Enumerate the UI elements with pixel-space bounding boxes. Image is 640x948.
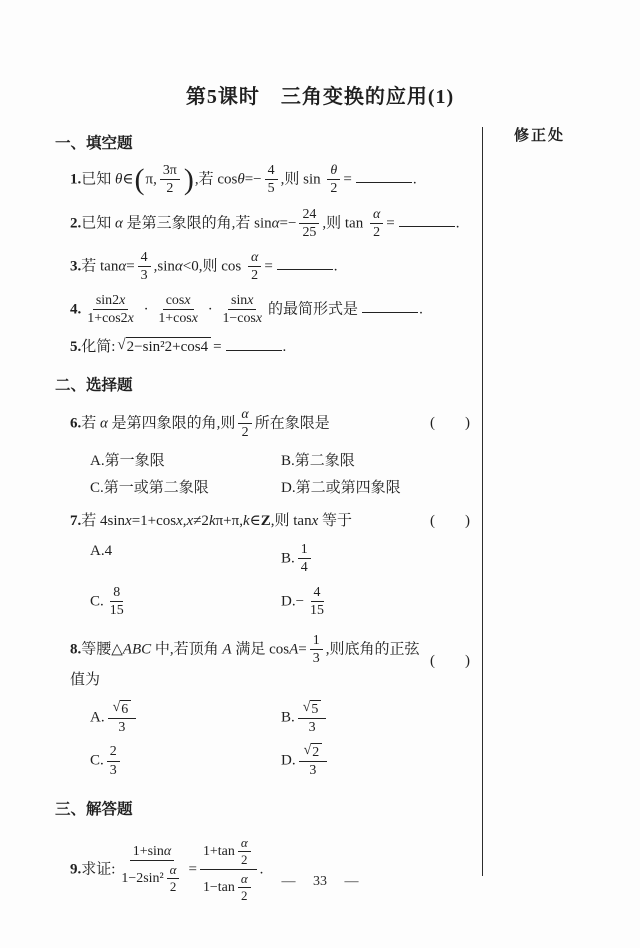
question-6-text: 6.若 α 是第四象限的角,则α2所在象限是 — [70, 405, 330, 443]
worksheet-page: 第5课时 三角变换的应用(1) 修正处 一、填空题 1.已知 θ∈(π,3π2)… — [0, 0, 640, 948]
fill-blank-question-list: 1.已知 θ∈(π,3π2),若 cosθ=−45,则 sin θ2=. 2.已… — [55, 161, 630, 359]
question-7-option-d: D.−415 — [281, 583, 470, 621]
section-heading-choice: 二、选择题 — [55, 373, 630, 395]
question-1: 1.已知 θ∈(π,3π2),若 cosθ=−45,则 sin θ2=. — [70, 161, 630, 199]
question-7-answer-parentheses: ( ) — [430, 510, 470, 533]
question-7-option-c: C.815 — [90, 583, 281, 621]
question-5: 5.化简:√2−sin²2+cos4=. — [70, 336, 630, 359]
question-7-text: 7.若 4sinx=1+cosx,x≠2kπ+π,k∈Z,则 tanx 等于 — [70, 510, 352, 533]
question-4: 4.sin2x1+cos2x · cosx1+cosx · sinx1−cosx… — [70, 291, 630, 329]
page-title: 第5课时 三角变换的应用(1) — [0, 0, 640, 109]
question-6-option-c: C.第一或第二象限 — [90, 477, 281, 500]
correction-margin-divider — [482, 127, 483, 876]
question-3: 3.若 tanα=43,sinα<0,则 cos α2=. — [70, 248, 630, 286]
question-6-options: A.第一象限 B.第二象限 C.第一或第二象限 D.第二或第四象限 — [70, 450, 470, 500]
question-7: 7.若 4sinx=1+cosx,x≠2kπ+π,k∈Z,则 tanx 等于 (… — [70, 510, 470, 533]
question-7-options: A.4 B.14 C.815 D.−415 — [70, 540, 470, 621]
question-6: 6.若 α 是第四象限的角,则α2所在象限是 ( ) — [70, 405, 470, 443]
question-8-answer-parentheses: ( ) — [430, 650, 470, 673]
question-2: 2.已知 α 是第三象限的角,若 sinα=−2425,则 tan α2=. — [70, 205, 630, 243]
question-7-option-b: B.14 — [281, 540, 470, 578]
solution-question-list: 9.求证:1+sinα1−2sin²α2=1+tanα21−tanα2. — [55, 833, 630, 907]
page-number: — 33 — — [0, 874, 640, 890]
question-9: 9.求证:1+sinα1−2sin²α2=1+tanα21−tanα2. — [70, 833, 630, 907]
worksheet-body: 一、填空题 1.已知 θ∈(π,3π2),若 cosθ=−45,则 sin θ2… — [0, 131, 640, 907]
question-8-option-c: C.23 — [90, 742, 281, 780]
question-8-option-a: A.√63 — [90, 699, 281, 737]
section-heading-solution: 三、解答题 — [55, 797, 630, 819]
question-7-option-a: A.4 — [90, 540, 281, 578]
question-6-answer-parentheses: ( ) — [430, 412, 470, 435]
question-8-option-d: D.√23 — [281, 742, 470, 780]
correction-area-label: 修正处 — [514, 124, 565, 145]
question-8-option-b: B.√53 — [281, 699, 470, 737]
question-8-options: A.√63 B.√53 C.23 D.√23 — [70, 699, 470, 781]
question-8: 8.等腰△ABC 中,若顶角 A 满足 cosA=13,则底角的正弦值为 ( ) — [70, 631, 470, 692]
choice-question-list: 6.若 α 是第四象限的角,则α2所在象限是 ( ) A.第一象限 B.第二象限… — [55, 405, 630, 781]
question-6-option-b: B.第二象限 — [281, 450, 470, 473]
question-6-option-d: D.第二或第四象限 — [281, 477, 470, 500]
question-6-option-a: A.第一象限 — [90, 450, 281, 473]
question-8-text: 8.等腰△ABC 中,若顶角 A 满足 cosA=13,则底角的正弦值为 — [70, 631, 422, 692]
